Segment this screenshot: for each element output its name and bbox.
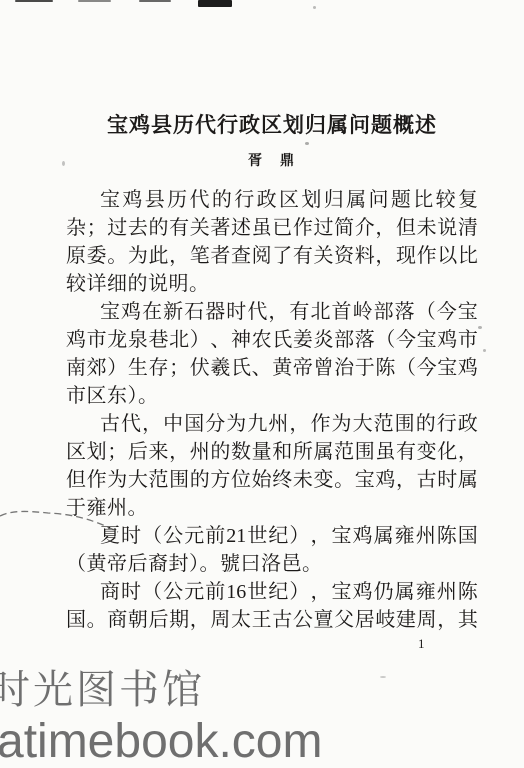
scan-speck — [313, 6, 316, 9]
scan-speck — [380, 676, 386, 678]
body-line: 原委。为此，笔者查阅了有关资料，现作以比 — [66, 242, 478, 270]
body-line: 古代，中国分为九州，作为大范围的行政 — [66, 410, 478, 438]
body-text: 宝鸡县历代的行政区划归属问题比较复杂；过去的有关著述虽已作过简介，但未说清原委。… — [66, 186, 478, 634]
body-line: 夏时（公元前21世纪），宝鸡属雍州陈国 — [66, 522, 478, 550]
body-line: 区划；后来，州的数量和所属范围虽有变化， — [66, 438, 478, 466]
body-line: 南郊）生存；伏羲氏、黄帝曾治于陈（今宝鸡 — [66, 354, 478, 382]
scan-speck — [305, 142, 309, 145]
watermark-site-name: 时光图书馆 — [0, 658, 205, 715]
body-line: 于雍州。 — [66, 494, 478, 522]
page-number: 1 — [418, 636, 425, 652]
body-line: 商时（公元前16世纪），宝鸡仍属雍州陈 — [66, 578, 478, 606]
body-line: 鸡市龙泉巷北）、神农氏姜炎部落（今宝鸡市 — [66, 326, 478, 354]
article-title: 宝鸡县历代行政区划归属问题概述 — [66, 109, 478, 139]
scan-edge-mark — [198, 0, 232, 7]
scan-edge-mark — [139, 0, 171, 2]
body-line: 国。商朝后期，周太王古公亶父居岐建周，其 — [66, 606, 478, 634]
scan-edge-mark — [15, 0, 53, 2]
body-line: 较详细的说明。 — [66, 270, 478, 298]
scanned-book-page: 宝鸡县历代行政区划归属问题概述 胥 鼎 宝鸡县历代的行政区划归属问题比较复杂；过… — [0, 0, 524, 768]
body-line: 但作为大范围的方位始终未变。宝鸡，古时属 — [66, 466, 478, 494]
author-name: 胥 鼎 — [66, 150, 478, 170]
body-line: 宝鸡在新石器时代，有北首岭部落（今宝 — [66, 298, 478, 326]
body-line: 杂；过去的有关著述虽已作过简介，但未说清 — [66, 214, 478, 242]
body-line: 市区东）。 — [66, 382, 478, 410]
scan-speck — [483, 349, 486, 352]
body-line: （黄帝后裔封）。號曰洛邑。 — [66, 550, 478, 578]
scan-speck — [62, 161, 65, 166]
scan-speck — [478, 326, 482, 329]
watermark-site-url: atimebook.com — [0, 714, 322, 768]
scan-edge-mark — [78, 0, 111, 2]
body-line: 宝鸡县历代的行政区划归属问题比较复 — [66, 186, 478, 214]
